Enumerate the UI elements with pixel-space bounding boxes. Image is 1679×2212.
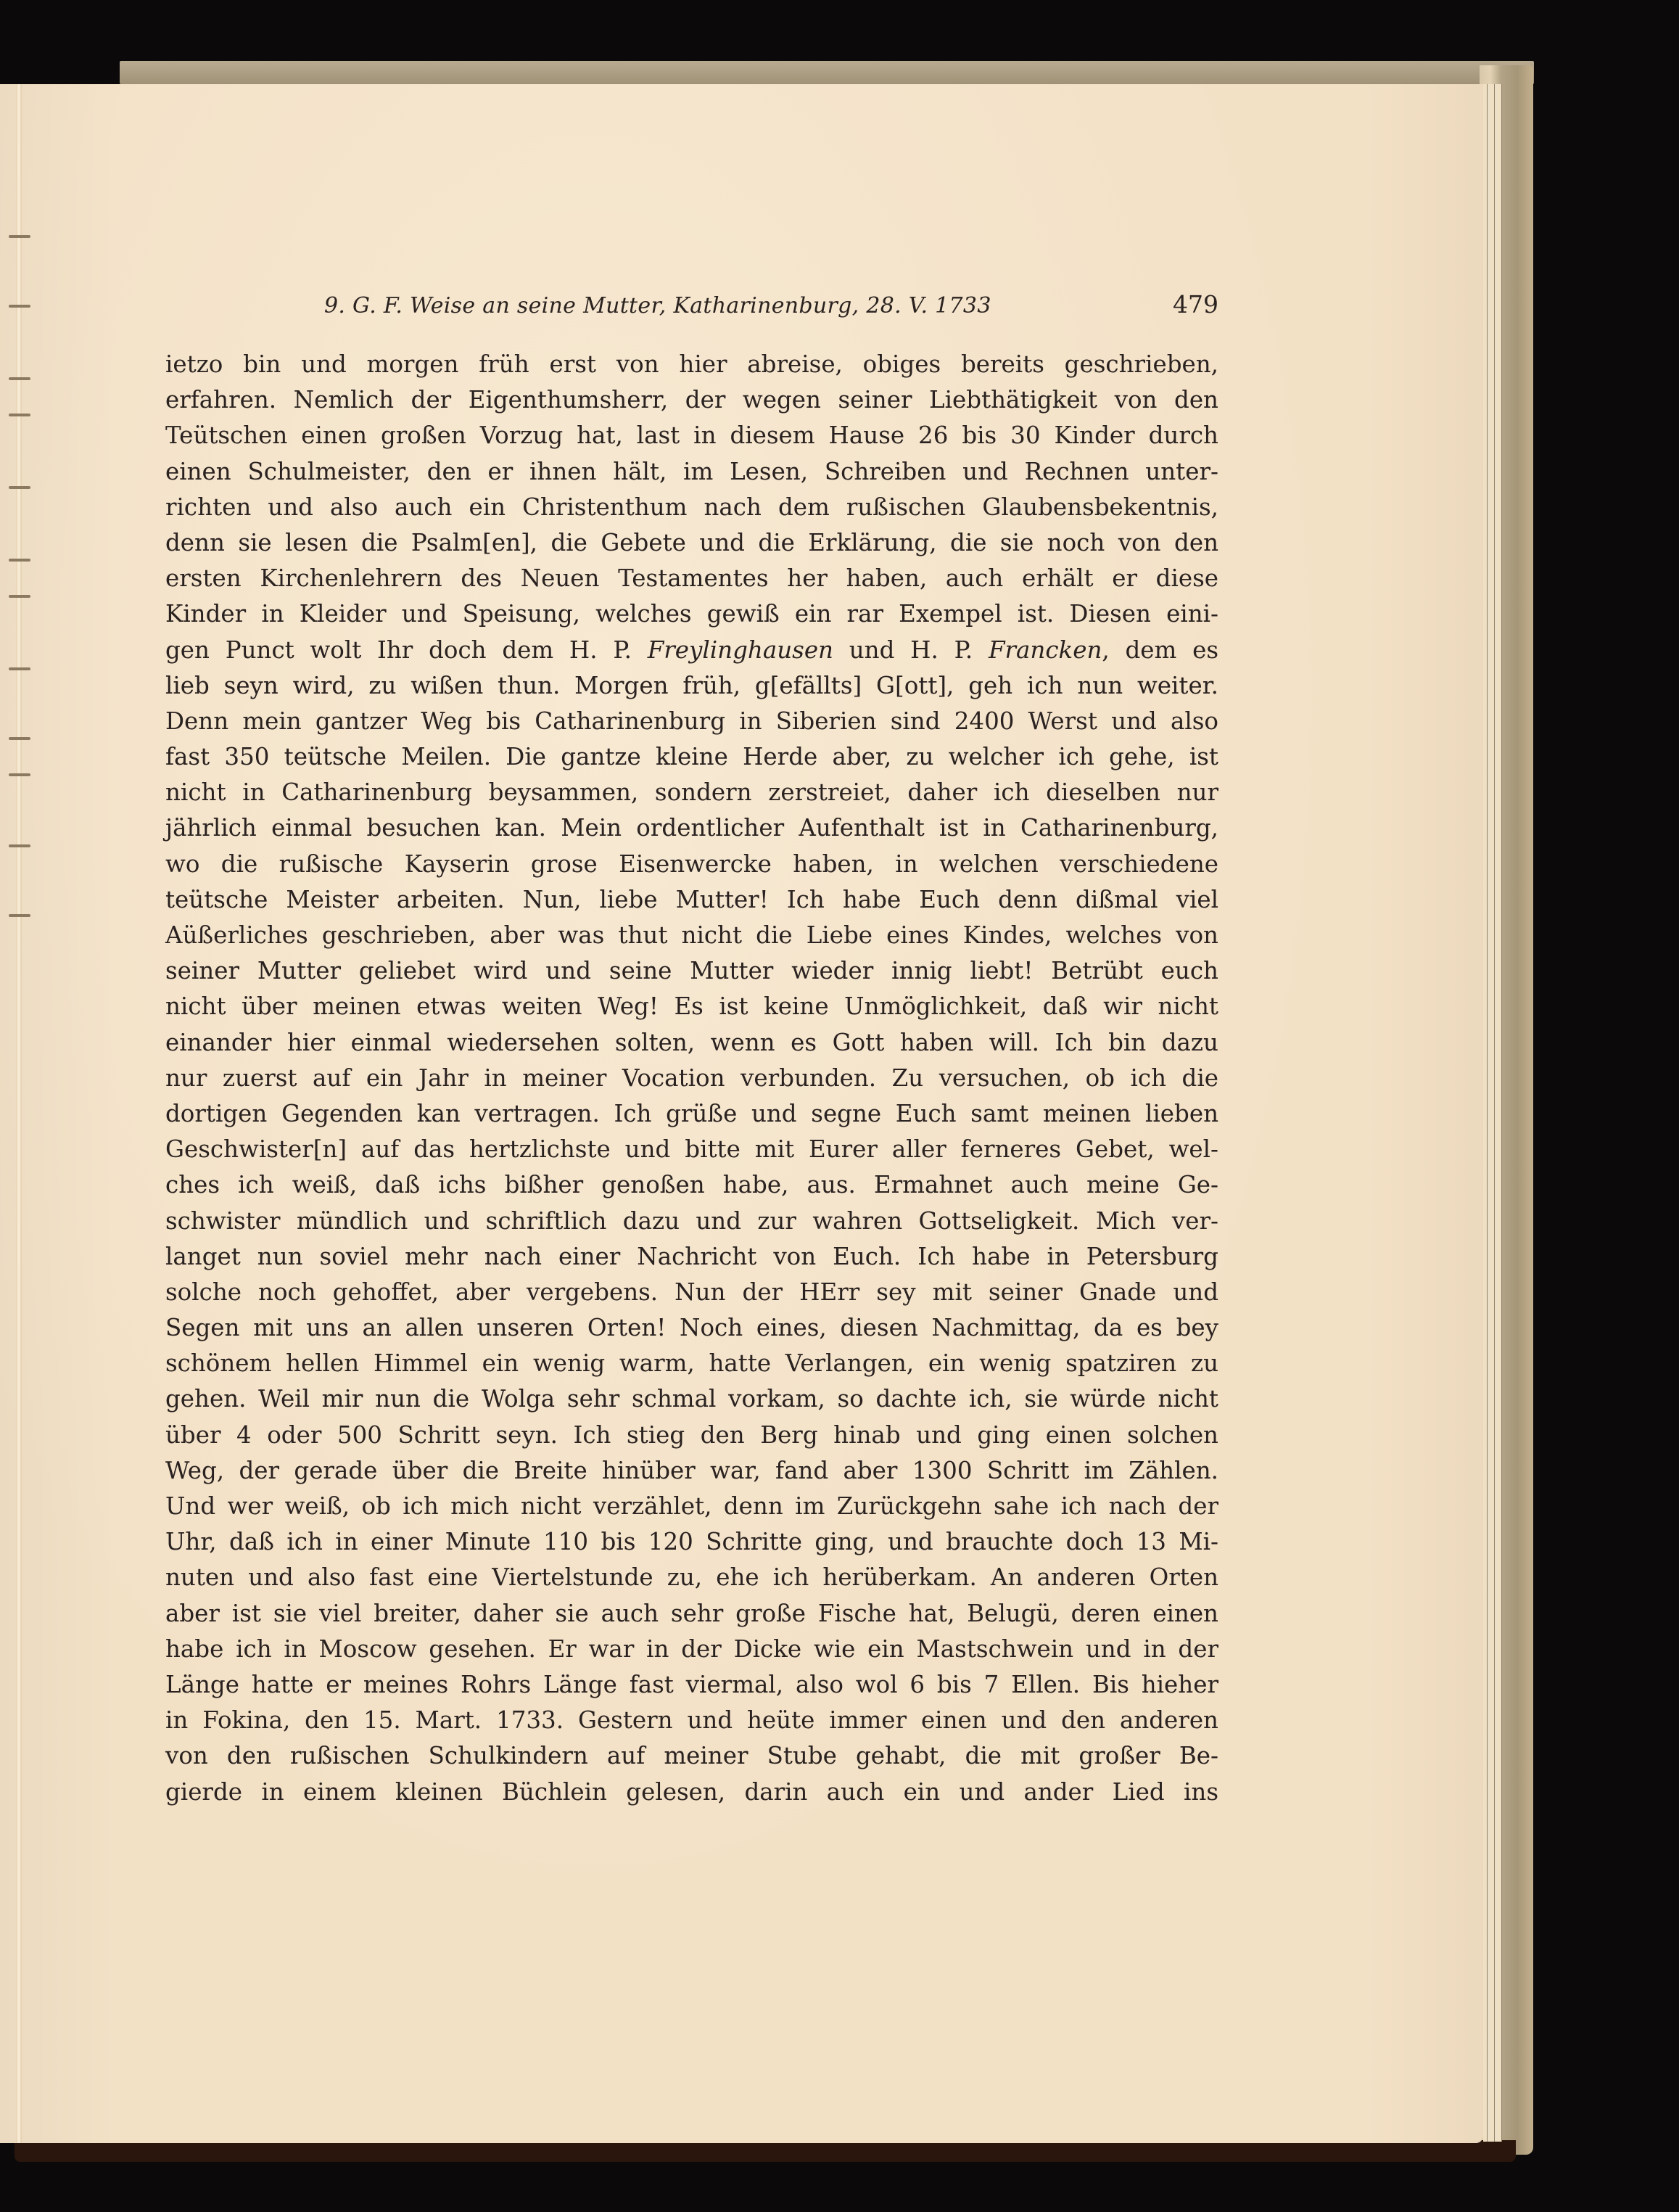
stitch-mark — [9, 914, 30, 917]
text-line: ersten Kirchenlehrern des Neuen Testamen… — [165, 561, 1218, 596]
page-leaf-edges — [1483, 84, 1502, 2142]
page-number: 479 — [1173, 290, 1218, 318]
text-line: jährlich einmal besuchen kan. Mein orden… — [165, 810, 1218, 846]
stitch-mark — [9, 667, 30, 670]
text-line: nuten und also fast eine Viertelstunde z… — [165, 1560, 1218, 1595]
text-line: Segen mit uns an allen unseren Orten! No… — [165, 1310, 1218, 1346]
italic-name: Francken — [989, 636, 1102, 664]
body-text: ietzo bin und morgen früh erst von hier … — [165, 347, 1218, 1810]
text-line: richten und also auch ein Christenthum n… — [165, 490, 1218, 525]
text-line: Geschwister[n] auf das hertzlichste und … — [165, 1132, 1218, 1167]
stitch-mark — [9, 305, 30, 308]
text-line: gierde in einem kleinen Büchlein gelesen… — [165, 1775, 1218, 1810]
text-line: langet nun soviel mehr nach einer Nachri… — [165, 1239, 1218, 1275]
running-head: 9. G. F. Weise an seine Mutter, Katharin… — [324, 290, 1218, 318]
text-line: schwister mündlich und schriftlich dazu … — [165, 1204, 1218, 1239]
text-segment: gen Punct wolt Ihr doch dem H. P. — [165, 636, 648, 664]
text-line: gen Punct wolt Ihr doch dem H. P. Freyli… — [165, 633, 1218, 668]
text-line: Kinder in Kleider und Speisung, welches … — [165, 596, 1218, 632]
stitch-mark — [9, 377, 30, 380]
text-line: wo die rußische Kayserin grose Eisenwerc… — [165, 847, 1218, 882]
binding-gutter — [16, 84, 22, 2143]
text-line: einander hier einmal wiedersehen solten,… — [165, 1025, 1218, 1061]
stitch-mark — [9, 844, 30, 847]
stitch-mark — [9, 559, 30, 562]
text-line: gehen. Weil mir nun die Wolga sehr schma… — [165, 1381, 1218, 1417]
text-line: erfahren. Nemlich der Eigenthumsherr, de… — [165, 382, 1218, 418]
text-line: nur zuerst auf ein Jahr in meiner Vocati… — [165, 1061, 1218, 1096]
text-line: habe ich in Moscow gesehen. Er war in de… — [165, 1632, 1218, 1667]
text-line: lieb seyn wird, zu wißen thun. Morgen fr… — [165, 668, 1218, 704]
text-line: Uhr, daß ich in einer Minute 110 bis 120… — [165, 1524, 1218, 1560]
italic-name: Freylinghausen — [648, 636, 833, 664]
text-line: Und wer weiß, ob ich mich nicht verzähle… — [165, 1489, 1218, 1524]
text-line: in Fokina, den 15. Mart. 1733. Gestern u… — [165, 1703, 1218, 1738]
text-line: Denn mein gantzer Weg bis Catharinenburg… — [165, 704, 1218, 739]
stitch-mark — [9, 595, 30, 598]
stitch-mark — [9, 414, 30, 416]
stitch-mark — [9, 737, 30, 740]
text-line: nicht über meinen etwas weiten Weg! Es i… — [165, 989, 1218, 1024]
text-line: über 4 oder 500 Schritt seyn. Ich stieg … — [165, 1418, 1218, 1453]
text-line: dortigen Gegenden kan vertragen. Ich grü… — [165, 1096, 1218, 1132]
text-line: solche noch gehoffet, aber vergebens. Nu… — [165, 1275, 1218, 1310]
text-line: fast 350 teütsche Meilen. Die gantze kle… — [165, 739, 1218, 775]
text-line: Weg, der gerade über die Breite hinüber … — [165, 1453, 1218, 1489]
text-line: seiner Mutter geliebet wird und seine Mu… — [165, 953, 1218, 989]
text-line: Länge hatte er meines Rohrs Länge fast v… — [165, 1667, 1218, 1703]
book-cover-top-edge — [120, 61, 1534, 84]
stitch-mark — [9, 773, 30, 776]
text-line: teütsche Meister arbeiten. Nun, liebe Mu… — [165, 882, 1218, 918]
text-segment: , dem es — [1102, 636, 1218, 664]
text-line: schönem hellen Himmel ein wenig warm, ha… — [165, 1346, 1218, 1381]
text-line: denn sie lesen die Psalm[en], die Gebete… — [165, 525, 1218, 561]
text-line: von den rußischen Schulkindern auf meine… — [165, 1738, 1218, 1774]
book-cover-bottom-edge — [15, 2140, 1516, 2162]
text-line: Teütschen einen großen Vorzug hat, last … — [165, 418, 1218, 453]
text-line: aber ist sie viel breiter, daher sie auc… — [165, 1596, 1218, 1632]
stitch-mark — [9, 486, 30, 489]
text-line: ietzo bin und morgen früh erst von hier … — [165, 347, 1218, 382]
text-line: Aüßerliches geschrieben, aber was thut n… — [165, 918, 1218, 953]
text-line: nicht in Catharinenburg beysammen, sonde… — [165, 775, 1218, 810]
text-line: ches ich weiß, daß ichs bißher genoßen h… — [165, 1167, 1218, 1203]
stitch-mark — [9, 235, 30, 238]
running-head-title: 9. G. F. Weise an seine Mutter, Katharin… — [324, 293, 991, 318]
text-line: einen Schulmeister, den er ihnen hält, i… — [165, 454, 1218, 490]
text-segment: und H. P. — [833, 636, 989, 664]
